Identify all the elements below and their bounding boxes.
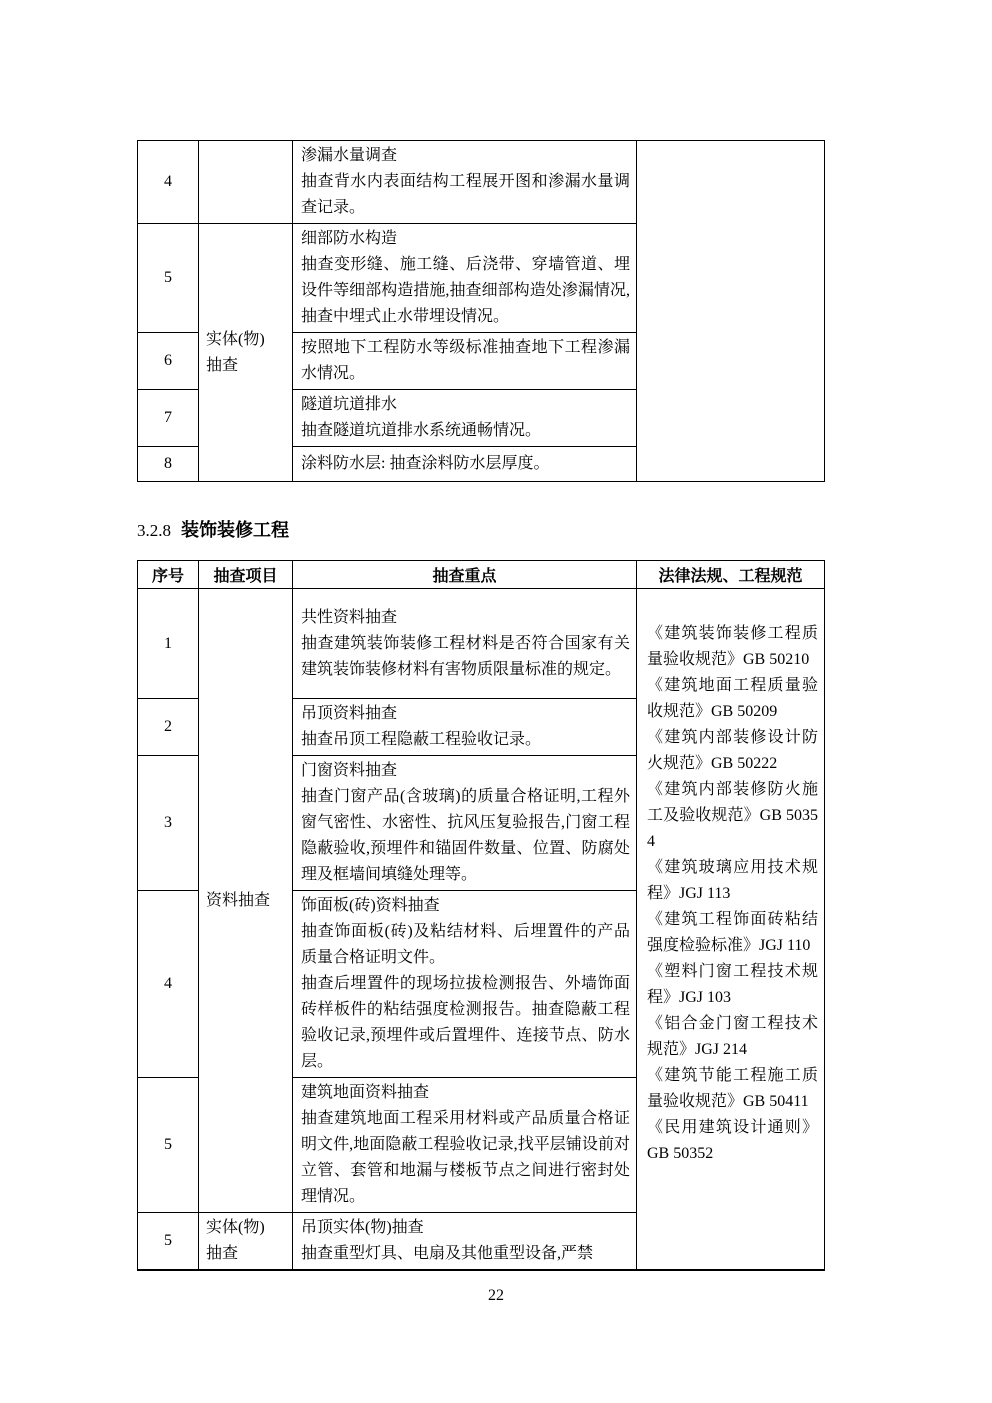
legal-ref: 《建筑内部装修设计防火规范》GB 50222 [647,725,818,777]
focus-text: 抽查吊顶工程隐蔽工程验收记录。 [301,727,630,753]
focus-cell: 门窗资料抽查 抽查门窗产品(含玻璃)的质量合格证明,工程外窗气密性、水密性、抗风… [293,756,637,891]
seq-cell: 8 [138,447,199,482]
focus-text: 抽查后埋置件的现场拉拔检测报告、外墙饰面砖样板件的粘结强度检测报告。抽查隐蔽工程… [301,971,630,1075]
item-label: 抽查 [206,353,288,379]
focus-title: 建筑地面资料抽查 [301,1080,630,1106]
table-row: 1 资料抽查 共性资料抽查 抽查建筑装饰装修工程材料是否符合国家有关建筑装饰装修… [138,589,825,699]
focus-title: 门窗资料抽查 [301,758,630,784]
focus-title: 渗漏水量调查 [301,143,630,169]
section-number: 3.2.8 [137,521,171,540]
focus-title: 细部防水构造 [301,226,630,252]
focus-text: 抽查重型灯具、电扇及其他重型设备,严禁 [301,1241,630,1267]
focus-cell: 细部防水构造 抽查变形缝、施工缝、后浇带、穿墙管道、埋设件等细部构造措施,抽查细… [293,224,637,333]
legal-ref: 《建筑节能工程施工质量验收规范》GB 50411 [647,1063,818,1115]
seq-cell: 1 [138,589,199,699]
decoration-table: 序号 抽查项目 抽查重点 法律法规、工程规范 1 资料抽查 共性资料抽查 抽查建… [137,560,825,1271]
focus-title: 吊顶实体(物)抽查 [301,1215,630,1241]
focus-cell: 饰面板(砖)资料抽查 抽查饰面板(砖)及粘结材料、后埋置件的产品质量合格证明文件… [293,891,637,1078]
legal-ref: 《塑料门窗工程技术规程》JGJ 103 [647,959,818,1011]
focus-text: 抽查背水内表面结构工程展开图和渗漏水量调查记录。 [301,169,630,221]
focus-title: 隧道坑道排水 [301,392,630,418]
header-seq: 序号 [138,561,199,589]
legal-ref: 《建筑地面工程质量验收规范》GB 50209 [647,673,818,725]
section-heading: 3.2.8装饰装修工程 [137,517,289,543]
legal-ref: 《建筑玻璃应用技术规程》JGJ 113 [647,855,818,907]
seq-cell: 5 [138,1078,199,1213]
item-label: 实体(物) [206,327,288,353]
header-item: 抽查项目 [199,561,293,589]
focus-text: 涂料防水层: 抽查涂料防水层厚度。 [301,451,630,477]
focus-text: 抽查隧道坑道排水系统通畅情况。 [301,418,630,444]
legal-refs-cell: 《建筑装饰装修工程质量验收规范》GB 50210 《建筑地面工程质量验收规范》G… [637,589,825,1271]
focus-title: 饰面板(砖)资料抽查 [301,893,630,919]
seq-cell: 4 [138,891,199,1078]
table-row: 4 渗漏水量调查 抽查背水内表面结构工程展开图和渗漏水量调查记录。 [138,141,825,224]
focus-cell: 建筑地面资料抽查 抽查建筑地面工程采用材料或产品质量合格证明文件,地面隐蔽工程验… [293,1078,637,1213]
waterproofing-table: 4 渗漏水量调查 抽查背水内表面结构工程展开图和渗漏水量调查记录。 5 实体(物… [137,140,825,482]
focus-cell: 涂料防水层: 抽查涂料防水层厚度。 [293,447,637,482]
item-label: 资料抽查 [206,888,288,914]
focus-cell: 渗漏水量调查 抽查背水内表面结构工程展开图和渗漏水量调查记录。 [293,141,637,224]
item-cell: 实体(物) 抽查 [199,1213,293,1271]
page-number: 22 [0,1287,992,1305]
seq-cell: 7 [138,390,199,447]
legal-ref: 《建筑工程饰面砖粘结强度检验标准》JGJ 110 [647,907,818,959]
focus-text: 抽查门窗产品(含玻璃)的质量合格证明,工程外窗气密性、水密性、抗风压复验报告,门… [301,784,630,888]
focus-text: 抽查饰面板(砖)及粘结材料、后埋置件的产品质量合格证明文件。 [301,919,630,971]
legal-ref: 《建筑装饰装修工程质量验收规范》GB 50210 [647,621,818,673]
section-title: 装饰装修工程 [181,520,289,540]
focus-cell: 吊顶实体(物)抽查 抽查重型灯具、电扇及其他重型设备,严禁 [293,1213,637,1271]
focus-text: 按照地下工程防水等级标准抽查地下工程渗漏水情况。 [301,335,630,387]
seq-cell: 5 [138,224,199,333]
legal-cell-empty [637,141,825,482]
table-header-row: 序号 抽查项目 抽查重点 法律法规、工程规范 [138,561,825,589]
focus-text: 抽查建筑地面工程采用材料或产品质量合格证明文件,地面隐蔽工程验收记录,找平层铺设… [301,1106,630,1210]
legal-ref: 《铝合金门窗工程技术规范》JGJ 214 [647,1011,818,1063]
item-label: 实体(物) [206,1215,288,1241]
focus-title: 吊顶资料抽查 [301,701,630,727]
item-cell-empty [199,141,293,224]
focus-cell: 共性资料抽查 抽查建筑装饰装修工程材料是否符合国家有关建筑装饰装修材料有害物质限… [293,589,637,699]
focus-cell: 按照地下工程防水等级标准抽查地下工程渗漏水情况。 [293,333,637,390]
focus-cell: 吊顶资料抽查 抽查吊顶工程隐蔽工程验收记录。 [293,699,637,756]
legal-ref: 《民用建筑设计通则》GB 50352 [647,1115,818,1167]
seq-cell: 6 [138,333,199,390]
document-page: 4 渗漏水量调查 抽查背水内表面结构工程展开图和渗漏水量调查记录。 5 实体(物… [0,0,992,1403]
seq-cell: 4 [138,141,199,224]
focus-text: 抽查建筑装饰装修工程材料是否符合国家有关建筑装饰装修材料有害物质限量标准的规定。 [301,631,630,683]
focus-text: 抽查变形缝、施工缝、后浇带、穿墙管道、埋设件等细部构造措施,抽查细部构造处渗漏情… [301,252,630,330]
item-cell: 资料抽查 [199,589,293,1213]
header-focus: 抽查重点 [293,561,637,589]
legal-ref: 《建筑内部装修防火施工及验收规范》GB 50354 [647,777,818,855]
item-cell: 实体(物) 抽查 [199,224,293,482]
focus-title: 共性资料抽查 [301,605,630,631]
seq-cell: 5 [138,1213,199,1271]
seq-cell: 2 [138,699,199,756]
header-legal: 法律法规、工程规范 [637,561,825,589]
seq-cell: 3 [138,756,199,891]
focus-cell: 隧道坑道排水 抽查隧道坑道排水系统通畅情况。 [293,390,637,447]
item-label: 抽查 [206,1241,288,1267]
